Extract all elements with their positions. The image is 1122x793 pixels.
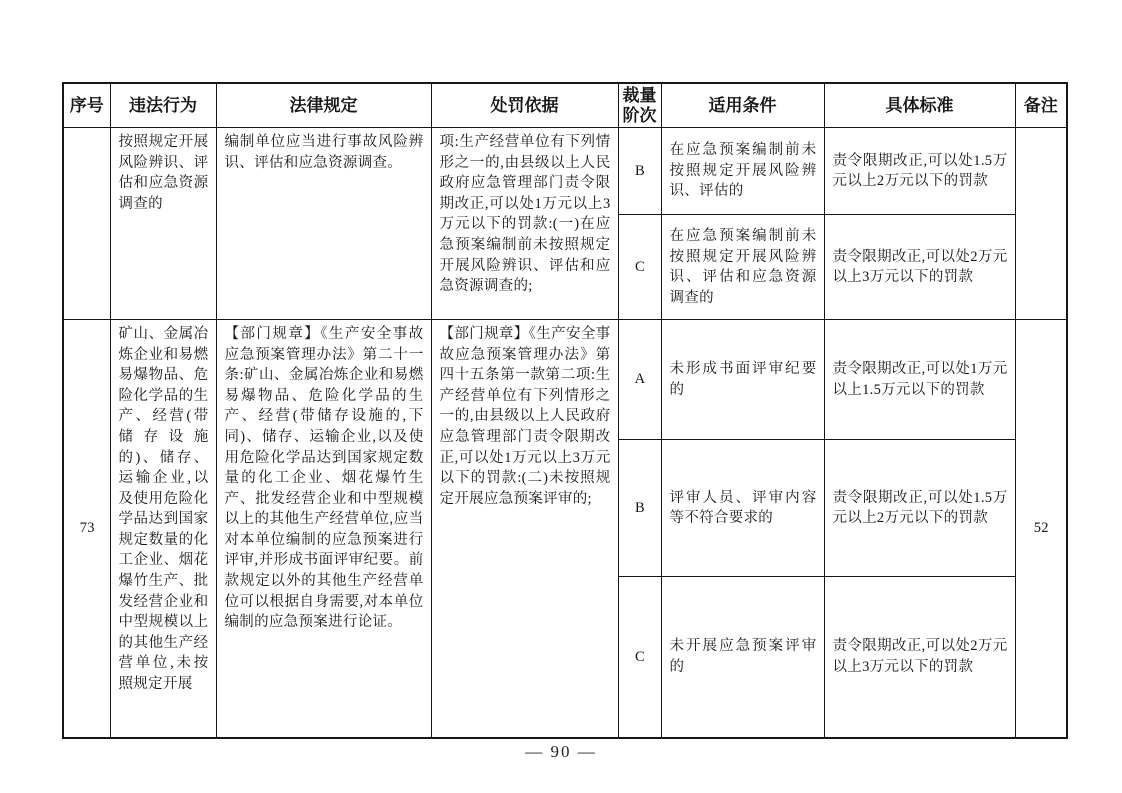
header-standard: 具体标准: [824, 83, 1015, 128]
cell-condition: 在应急预案编制前未按照规定开展风险辨识、评估和应急资源调查的: [661, 215, 824, 320]
cell-standard: 责令限期改正,可以处2万元以上3万元以下的罚款: [824, 577, 1015, 738]
cell-penalty-basis: 项:生产经营单位有下列情形之一的,由县级以上人民政府应急管理部门责令限期改正,可…: [431, 128, 618, 320]
cell-standard: 责令限期改正,可以处1万元以上1.5万元以下的罚款: [824, 320, 1015, 440]
table-row: 按照规定开展风险辨识、评估和应急资源调查的 编制单位应当进行事故风险辨识、评估和…: [63, 128, 1067, 215]
cell-discretion-level: A: [618, 320, 661, 440]
cell-condition: 评审人员、评审内容等不符合要求的: [661, 440, 824, 577]
cell-penalty-basis: 【部门规章】《生产安全事故应急预案管理办法》第四十五条第一款第二项:生产经营单位…: [431, 320, 618, 738]
cell-violation: 矿山、金属冶炼企业和易燃易爆物品、危险化学品的生产、经营(带储存设施的)、储存、…: [110, 320, 216, 738]
page-number: — 90 —: [0, 742, 1122, 762]
header-row: 序号 违法行为 法律规定 处罚依据 裁量 阶次 适用条件 具体标准 备注: [63, 83, 1067, 128]
cell-serial: 73: [63, 320, 110, 738]
cell-condition: 未开展应急预案评审的: [661, 577, 824, 738]
penalty-table-wrap: 序号 违法行为 法律规定 处罚依据 裁量 阶次 适用条件 具体标准 备注 按照规…: [62, 82, 1066, 739]
cell-discretion-level: B: [618, 128, 661, 215]
cell-remark: [1015, 128, 1067, 320]
cell-condition: 在应急预案编制前未按照规定开展风险辨识、评估的: [661, 128, 824, 215]
table-row: 73 矿山、金属冶炼企业和易燃易爆物品、危险化学品的生产、经营(带储存设施的)、…: [63, 320, 1067, 440]
cell-remark: 52: [1015, 320, 1067, 738]
cell-discretion-level: B: [618, 440, 661, 577]
cell-legal-provision: 编制单位应当进行事故风险辨识、评估和应急资源调查。: [216, 128, 431, 320]
document-page: 序号 违法行为 法律规定 处罚依据 裁量 阶次 适用条件 具体标准 备注 按照规…: [0, 0, 1122, 793]
header-violation: 违法行为: [110, 83, 216, 128]
header-condition: 适用条件: [661, 83, 824, 128]
cell-legal-provision: 【部门规章】《生产安全事故应急预案管理办法》第二十一条:矿山、金属冶炼企业和易燃…: [216, 320, 431, 738]
header-discretion-level: 裁量 阶次: [618, 83, 661, 128]
cell-violation: 按照规定开展风险辨识、评估和应急资源调查的: [110, 128, 216, 320]
cell-standard: 责令限期改正,可以处1.5万元以上2万元以下的罚款: [824, 128, 1015, 215]
cell-serial: [63, 128, 110, 320]
penalty-table: 序号 违法行为 法律规定 处罚依据 裁量 阶次 适用条件 具体标准 备注 按照规…: [62, 82, 1068, 739]
header-penalty-basis: 处罚依据: [431, 83, 618, 128]
cell-standard: 责令限期改正,可以处2万元以上3万元以下的罚款: [824, 215, 1015, 320]
header-legal-provision: 法律规定: [216, 83, 431, 128]
cell-discretion-level: C: [618, 577, 661, 738]
cell-standard: 责令限期改正,可以处1.5万元以上2万元以下的罚款: [824, 440, 1015, 577]
header-remark: 备注: [1015, 83, 1067, 128]
cell-discretion-level: C: [618, 215, 661, 320]
header-serial: 序号: [63, 83, 110, 128]
cell-condition: 未形成书面评审纪要的: [661, 320, 824, 440]
